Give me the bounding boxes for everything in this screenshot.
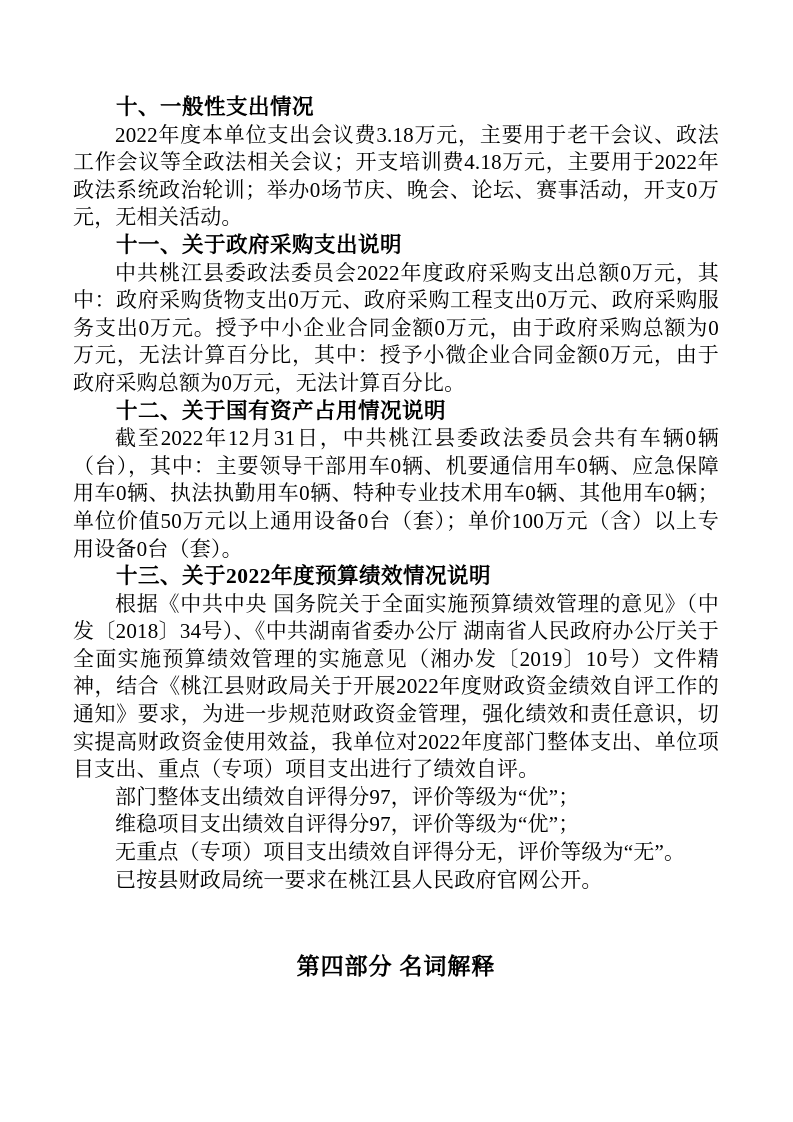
section-13-paragraph: 根据《中共中央 国务院关于全面实施预算绩效管理的意见》（中发〔2018〕34号）… bbox=[73, 591, 719, 784]
section-10-paragraph: 2022年度本单位支出会议费3.18万元，主要用于老干会议、政法工作会议等全政法… bbox=[73, 122, 719, 232]
section-12-paragraph: 截至2022年12月31日，中共桃江县委政法委员会共有车辆0辆（台），其中：主要… bbox=[73, 425, 719, 563]
section-heading-12: 十二、关于国有资产占用情况说明 bbox=[73, 398, 719, 426]
part-four-heading: 第四部分 名词解释 bbox=[73, 952, 719, 982]
section-heading-11: 十一、关于政府采购支出说明 bbox=[73, 232, 719, 260]
document-page: 十、一般性支出情况 2022年度本单位支出会议费3.18万元，主要用于老干会议、… bbox=[0, 0, 793, 1122]
section-heading-13: 十三、关于2022年度预算绩效情况说明 bbox=[73, 563, 719, 591]
performance-result-line-publish: 已按县财政局统一要求在桃江县人民政府官网公开。 bbox=[73, 867, 719, 895]
performance-result-line-key-project: 无重点（专项）项目支出绩效自评得分无，评价等级为“无”。 bbox=[73, 839, 719, 867]
section-11-paragraph: 中共桃江县委政法委员会2022年度政府采购支出总额0万元，其中：政府采购货物支出… bbox=[73, 260, 719, 398]
section-heading-10: 十、一般性支出情况 bbox=[73, 94, 719, 122]
performance-result-line-weiwen: 维稳项目支出绩效自评得分97，评价等级为“优”； bbox=[73, 811, 719, 839]
performance-result-line-overall: 部门整体支出绩效自评得分97，评价等级为“优”； bbox=[73, 784, 719, 812]
